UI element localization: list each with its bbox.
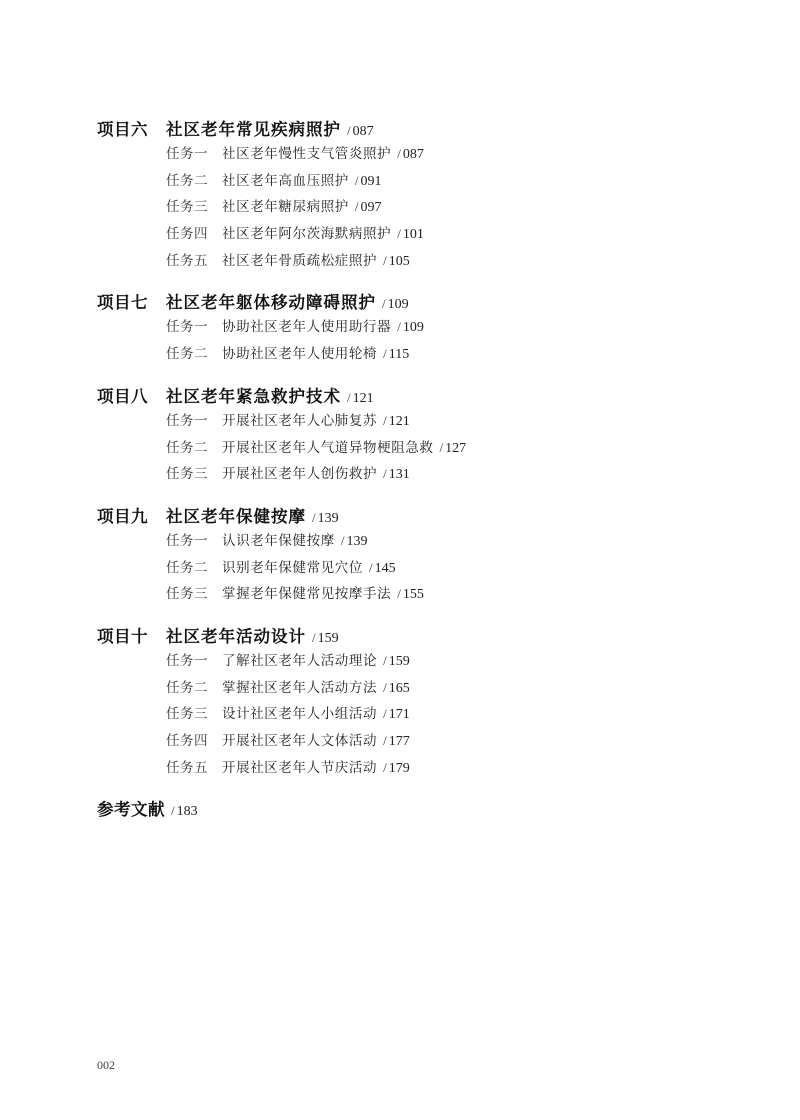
task-title: 开展社区老年人创伤救护 bbox=[222, 462, 377, 482]
task-title: 社区老年骨质疏松症照护 bbox=[222, 249, 377, 269]
project-title: 社区老年躯体移动障碍照护 bbox=[166, 289, 376, 313]
page-separator: / bbox=[383, 346, 387, 362]
page-separator: / bbox=[383, 760, 387, 776]
page-separator: / bbox=[171, 803, 175, 819]
project-label: 项目八 bbox=[97, 383, 166, 407]
task-title: 认识老年保健按摩 bbox=[222, 529, 335, 549]
task-label: 任务二 bbox=[166, 556, 222, 576]
task-page-number: 127 bbox=[445, 441, 466, 457]
toc-task-entry[interactable]: 任务一社区老年慢性支气管炎照护/087 bbox=[97, 142, 717, 169]
toc-task-entry[interactable]: 任务一开展社区老年人心肺复苏/121 bbox=[97, 409, 717, 436]
page-separator: / bbox=[347, 390, 351, 406]
page-separator: / bbox=[312, 510, 316, 526]
task-title: 社区老年高血压照护 bbox=[222, 169, 349, 189]
task-title: 开展社区老年人节庆活动 bbox=[222, 756, 377, 776]
toc-project: 项目六社区老年常见疾病照护/087任务一社区老年慢性支气管炎照护/087任务二社… bbox=[97, 116, 717, 275]
task-label: 任务二 bbox=[166, 436, 222, 456]
toc-task-entry[interactable]: 任务一了解社区老年人活动理论/159 bbox=[97, 649, 717, 676]
project-label: 项目七 bbox=[97, 289, 166, 313]
page-separator: / bbox=[347, 123, 351, 139]
toc-task-entry[interactable]: 任务二识别老年保健常见穴位/145 bbox=[97, 556, 717, 583]
task-page-number: 131 bbox=[389, 467, 410, 483]
page-separator: / bbox=[383, 253, 387, 269]
toc-task-entry[interactable]: 任务四开展社区老年人文体活动/177 bbox=[97, 729, 717, 756]
task-title: 开展社区老年人心肺复苏 bbox=[222, 409, 377, 429]
toc-task-entry[interactable]: 任务五开展社区老年人节庆活动/179 bbox=[97, 756, 717, 783]
toc-task-entry[interactable]: 任务一协助社区老年人使用助行器/109 bbox=[97, 315, 717, 342]
task-label: 任务四 bbox=[166, 222, 222, 242]
page-separator: / bbox=[440, 440, 444, 456]
task-label: 任务一 bbox=[166, 649, 222, 669]
task-title: 社区老年慢性支气管炎照护 bbox=[222, 142, 391, 162]
toc-task-entry[interactable]: 任务四社区老年阿尔茨海默病照护/101 bbox=[97, 222, 717, 249]
toc-task-entry[interactable]: 任务三设计社区老年人小组活动/171 bbox=[97, 702, 717, 729]
task-title: 协助社区老年人使用助行器 bbox=[222, 315, 391, 335]
task-title: 掌握老年保健常见按摩手法 bbox=[222, 582, 391, 602]
project-page-number: 087 bbox=[353, 124, 374, 140]
task-title: 开展社区老年人文体活动 bbox=[222, 729, 377, 749]
page-separator: / bbox=[383, 413, 387, 429]
project-title: 社区老年常见疾病照护 bbox=[166, 116, 341, 140]
task-label: 任务一 bbox=[166, 409, 222, 429]
page-separator: / bbox=[355, 199, 359, 215]
page-separator: / bbox=[383, 706, 387, 722]
page-separator: / bbox=[397, 586, 401, 602]
project-page-number: 139 bbox=[318, 511, 339, 527]
task-label: 任务四 bbox=[166, 729, 222, 749]
task-label: 任务三 bbox=[166, 462, 222, 482]
toc-project: 项目七社区老年躯体移动障碍照护/109任务一协助社区老年人使用助行器/109任务… bbox=[97, 289, 717, 368]
task-label: 任务二 bbox=[166, 342, 222, 362]
project-page-number: 109 bbox=[388, 297, 409, 313]
task-page-number: 115 bbox=[389, 347, 409, 363]
task-label: 任务二 bbox=[166, 676, 222, 696]
page-separator: / bbox=[383, 733, 387, 749]
page-separator: / bbox=[397, 146, 401, 162]
page-separator: / bbox=[369, 560, 373, 576]
toc-task-entry[interactable]: 任务三社区老年糖尿病照护/097 bbox=[97, 195, 717, 222]
page-separator: / bbox=[383, 653, 387, 669]
task-page-number: 179 bbox=[389, 761, 410, 777]
toc-references-entry[interactable]: 参考文献/183 bbox=[97, 796, 717, 822]
page-separator: / bbox=[382, 296, 386, 312]
toc-task-entry[interactable]: 任务三开展社区老年人创伤救护/131 bbox=[97, 462, 717, 489]
page-separator: / bbox=[312, 630, 316, 646]
page-separator: / bbox=[383, 680, 387, 696]
task-title: 掌握社区老年人活动方法 bbox=[222, 676, 377, 696]
task-label: 任务二 bbox=[166, 169, 222, 189]
task-page-number: 097 bbox=[361, 200, 382, 216]
task-page-number: 101 bbox=[403, 227, 424, 243]
task-title: 设计社区老年人小组活动 bbox=[222, 702, 377, 722]
references-title: 参考文献 bbox=[97, 796, 165, 820]
task-page-number: 091 bbox=[361, 174, 382, 190]
toc-project: 项目十社区老年活动设计/159任务一了解社区老年人活动理论/159任务二掌握社区… bbox=[97, 623, 717, 782]
task-title: 社区老年阿尔茨海默病照护 bbox=[222, 222, 391, 242]
task-page-number: 171 bbox=[389, 707, 410, 723]
project-page-number: 121 bbox=[353, 391, 374, 407]
toc-project-heading[interactable]: 项目十社区老年活动设计/159 bbox=[97, 623, 717, 649]
toc-project-heading[interactable]: 项目八社区老年紧急救护技术/121 bbox=[97, 383, 717, 409]
page-separator: / bbox=[355, 173, 359, 189]
task-title: 开展社区老年人气道异物梗阻急救 bbox=[222, 436, 434, 456]
task-page-number: 155 bbox=[403, 587, 424, 603]
toc-project-heading[interactable]: 项目九社区老年保健按摩/139 bbox=[97, 503, 717, 529]
toc-task-entry[interactable]: 任务二开展社区老年人气道异物梗阻急救/127 bbox=[97, 436, 717, 463]
task-page-number: 145 bbox=[375, 561, 396, 577]
task-page-number: 177 bbox=[389, 734, 410, 750]
project-title: 社区老年活动设计 bbox=[166, 623, 306, 647]
task-page-number: 109 bbox=[403, 320, 424, 336]
toc-project: 项目八社区老年紧急救护技术/121任务一开展社区老年人心肺复苏/121任务二开展… bbox=[97, 383, 717, 489]
task-page-number: 139 bbox=[346, 534, 367, 550]
task-page-number: 105 bbox=[389, 254, 410, 270]
task-page-number: 087 bbox=[403, 147, 424, 163]
page-separator: / bbox=[397, 319, 401, 335]
task-title: 识别老年保健常见穴位 bbox=[222, 556, 363, 576]
project-page-number: 159 bbox=[318, 631, 339, 647]
page-separator: / bbox=[341, 533, 345, 549]
table-of-contents: 项目六社区老年常见疾病照护/087任务一社区老年慢性支气管炎照护/087任务二社… bbox=[97, 116, 717, 822]
task-label: 任务一 bbox=[166, 315, 222, 335]
toc-task-entry[interactable]: 任务三掌握老年保健常见按摩手法/155 bbox=[97, 582, 717, 609]
page-number: 002 bbox=[97, 1058, 115, 1073]
project-label: 项目六 bbox=[97, 116, 166, 140]
toc-task-entry[interactable]: 任务二社区老年高血压照护/091 bbox=[97, 169, 717, 196]
toc-task-entry[interactable]: 任务一认识老年保健按摩/139 bbox=[97, 529, 717, 556]
task-label: 任务一 bbox=[166, 529, 222, 549]
page-separator: / bbox=[397, 226, 401, 242]
toc-task-entry[interactable]: 任务五社区老年骨质疏松症照护/105 bbox=[97, 249, 717, 276]
project-label: 项目九 bbox=[97, 503, 166, 527]
task-title: 协助社区老年人使用轮椅 bbox=[222, 342, 377, 362]
task-title: 了解社区老年人活动理论 bbox=[222, 649, 377, 669]
toc-project-heading[interactable]: 项目七社区老年躯体移动障碍照护/109 bbox=[97, 289, 717, 315]
toc-project-heading[interactable]: 项目六社区老年常见疾病照护/087 bbox=[97, 116, 717, 142]
project-label: 项目十 bbox=[97, 623, 166, 647]
task-label: 任务一 bbox=[166, 142, 222, 162]
toc-project: 项目九社区老年保健按摩/139任务一认识老年保健按摩/139任务二识别老年保健常… bbox=[97, 503, 717, 609]
project-title: 社区老年保健按摩 bbox=[166, 503, 306, 527]
toc-task-entry[interactable]: 任务二协助社区老年人使用轮椅/115 bbox=[97, 342, 717, 369]
task-label: 任务三 bbox=[166, 582, 222, 602]
page-separator: / bbox=[383, 466, 387, 482]
task-page-number: 165 bbox=[389, 681, 410, 697]
task-page-number: 159 bbox=[389, 654, 410, 670]
task-label: 任务三 bbox=[166, 702, 222, 722]
project-title: 社区老年紧急救护技术 bbox=[166, 383, 341, 407]
task-label: 任务五 bbox=[166, 756, 222, 776]
toc-task-entry[interactable]: 任务二掌握社区老年人活动方法/165 bbox=[97, 676, 717, 703]
task-page-number: 121 bbox=[389, 414, 410, 430]
task-title: 社区老年糖尿病照护 bbox=[222, 195, 349, 215]
task-label: 任务五 bbox=[166, 249, 222, 269]
task-label: 任务三 bbox=[166, 195, 222, 215]
references-page-number: 183 bbox=[177, 804, 198, 820]
